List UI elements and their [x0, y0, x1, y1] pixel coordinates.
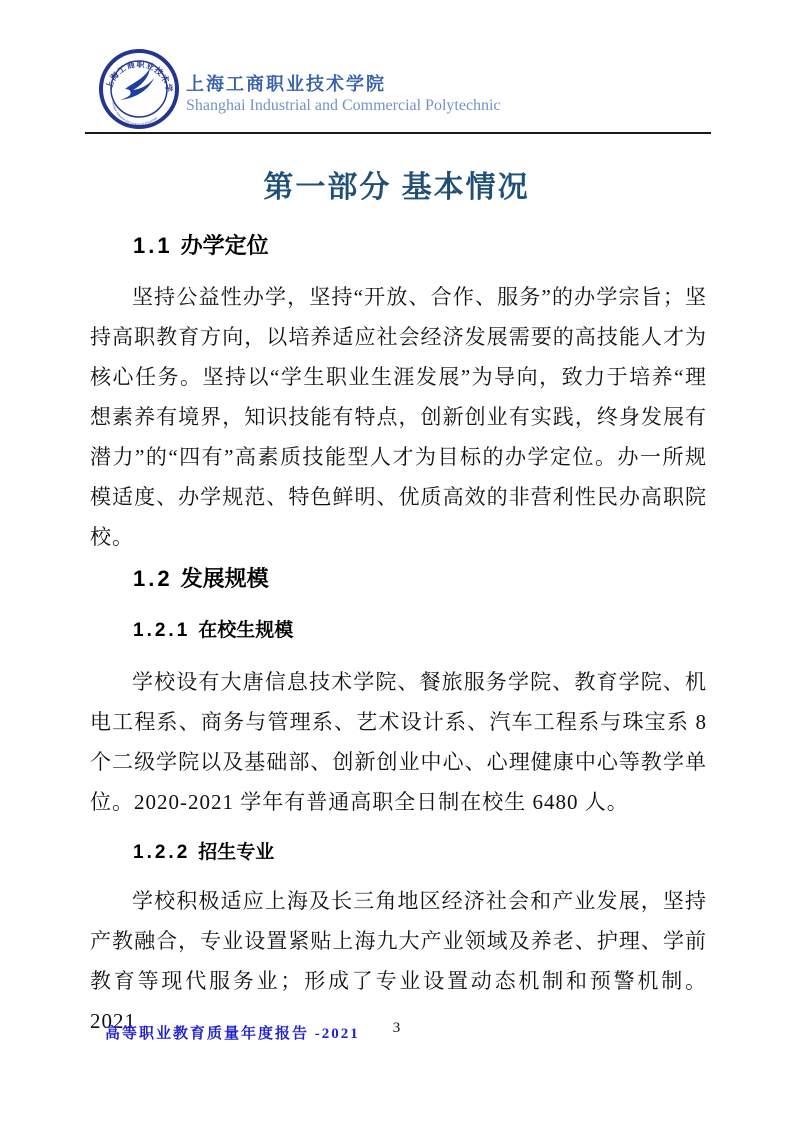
section-heading-text: 办学定位 — [181, 233, 269, 258]
section-heading-1-2: 1.2发展规模 — [133, 562, 269, 593]
section-number: 1.2.1 — [133, 620, 190, 641]
section-number: 1.2.2 — [133, 842, 190, 863]
paragraph-1-1: 坚持公益性办学，坚持“开放、合作、服务”的办学宗旨；坚持高职教育方向，以培养适应… — [90, 277, 707, 557]
page-title: 第一部分 基本情况 — [0, 162, 793, 206]
section-heading-text: 发展规模 — [181, 566, 269, 591]
section-number: 1.2 — [133, 566, 173, 591]
school-name-en: Shanghai Industrial and Commercial Polyt… — [186, 97, 501, 115]
section-heading-1-2-2: 1.2.2招生专业 — [133, 837, 274, 864]
paragraph-1-2-1: 学校设有大唐信息技术学院、餐旅服务学院、教育学院、机电工程系、商务与管理系、艺术… — [90, 662, 707, 822]
section-heading-1-2-1: 1.2.1在校生规模 — [133, 615, 293, 642]
header-divider — [85, 132, 711, 134]
footer-page-number: 3 — [0, 1020, 793, 1037]
document-page: 上海工商职业技术学院 Shanghai Industrial and Comme… — [0, 0, 793, 1122]
section-heading-text: 在校生规模 — [198, 620, 293, 641]
section-heading-text: 招生专业 — [198, 842, 274, 863]
section-number: 1.1 — [133, 233, 173, 258]
section-heading-1-1: 1.1办学定位 — [133, 229, 269, 260]
paragraph-1-2-2: 学校积极适应上海及长三角地区经济社会和产业发展，坚持产教融合，专业设置紧贴上海九… — [90, 881, 707, 1041]
school-name-zh: 上海工商职业技术学院 — [186, 70, 386, 96]
school-logo-icon: 上海工商职业技术学院 Shanghai Industrial and Comme… — [98, 48, 180, 130]
